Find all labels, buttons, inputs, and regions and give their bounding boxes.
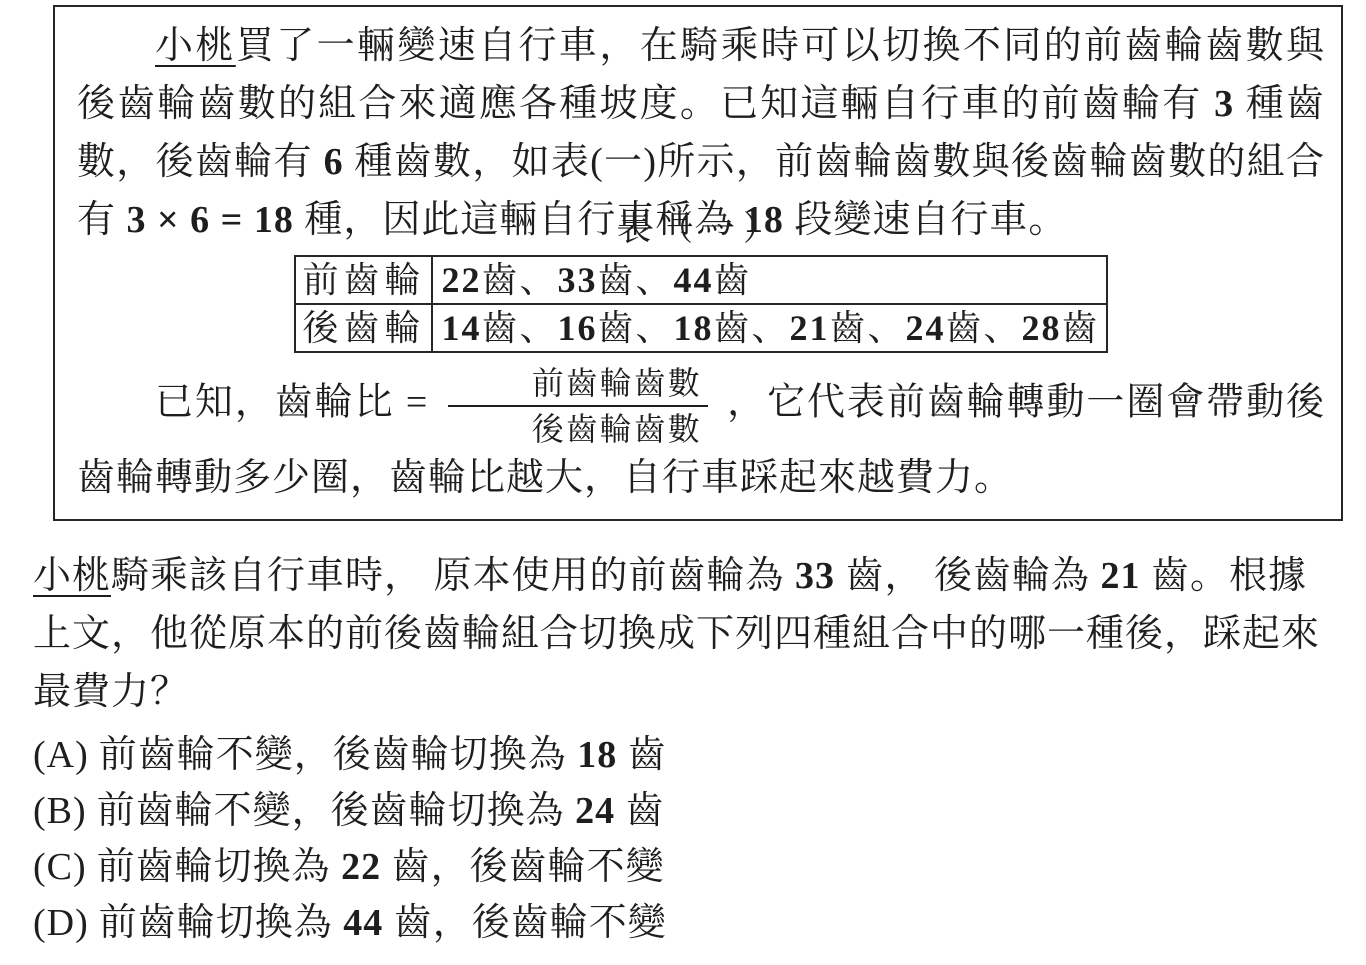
text-run: 齒、 [481,308,557,348]
text-run: 齒、 [481,260,557,300]
text-run: 段變速自行車。 [784,199,1068,241]
text-run: 買了一輛變速自行車，在騎乘時可以切換不同的前齒輪齒數與後齒輪齒數的組合來適應各種… [77,25,1325,125]
option-d: (D)前齒輪切換為 44 齒，後齒輪不變 [33,895,1326,951]
text-run: 44 [673,260,713,300]
proper-noun-underline: 小桃 [155,25,236,67]
options-list: (A)前齒輪不變，後齒輪切換為 18 齒 (B)前齒輪不變，後齒輪切換為 24 … [33,727,1326,951]
option-label: (B) [33,790,87,832]
text-run: 3 × 6 = 18 [127,199,294,241]
text-run: 18 [577,734,617,776]
option-text: 前齒輪不變，後齒輪切換為 18 齒 [99,734,667,776]
text-run: 前齒輪不變，後齒輪切換為 [97,790,576,832]
front-gear-values: 22齒、33齒、44齒 [432,256,1106,304]
row-header-rear-gear: 後齒輪 [295,304,432,352]
text-run: 24 [906,308,946,348]
text-run: 21 [1101,555,1141,597]
text-run: 24 [575,790,615,832]
text-run: 齒、 [713,308,789,348]
gear-table-body: 前齒輪 22齒、33齒、44齒 後齒輪 14齒、16齒、18齒、21齒、24齒、… [295,256,1106,352]
text-run: 齒，後齒輪不變 [381,846,665,888]
text-run: 33 [795,555,835,597]
option-b: (B)前齒輪不變，後齒輪切換為 24 齒 [33,783,1326,839]
text-run: 齒， 後齒輪為 [835,555,1101,597]
text-run: 騎乘該自行車時， 原本使用的前齒輪為 [111,555,795,597]
option-text: 前齒輪不變，後齒輪切換為 24 齒 [97,790,665,832]
text-run: 16 [557,308,597,348]
text-run: 齒、 [597,308,673,348]
text-run: 前齒輪不變，後齒輪切換為 [99,734,578,776]
text-run: 齒 [617,734,667,776]
text-run: 3 [1214,83,1234,125]
option-text: 前齒輪切換為 22 齒，後齒輪不變 [97,846,665,888]
text-run: 6 [324,141,344,183]
option-label: (A) [33,734,89,776]
gear-table: 前齒輪 22齒、33齒、44齒 後齒輪 14齒、16齒、18齒、21齒、24齒、… [294,255,1107,353]
text-run: 齒、 [830,308,906,348]
rear-gear-values: 14齒、16齒、18齒、21齒、24齒、28齒 [432,304,1106,352]
text-run: 前齒輪切換為 [97,846,342,888]
question-stem: 小桃騎乘該自行車時， 原本使用的前齒輪為 33 齒， 後齒輪為 21 齒。根據上… [33,547,1326,721]
text-run: 18 [673,308,713,348]
text-run: 14 [441,308,481,348]
text-run: 21 [790,308,830,348]
passage-box: 小桃買了一輛變速自行車，在騎乘時可以切換不同的前齒輪齒數與後齒輪齒數的組合來適應… [53,5,1343,521]
table-row-front-gear: 前齒輪 22齒、33齒、44齒 [295,256,1106,304]
text-run: 齒、 [946,308,1022,348]
option-label: (C) [33,846,87,888]
text-run: 齒 [615,790,665,832]
text-run: 齒 [713,260,751,300]
text-run: 齒 [1062,308,1100,348]
row-header-front-gear: 前齒輪 [295,256,432,304]
gear-ratio-fraction: 前齒輪齒數後齒輪齒數 [448,363,708,449]
text-run: 齒、 [597,260,673,300]
text-run: 已知，齒輪比 = [155,382,440,424]
text-run: 22 [441,260,481,300]
text-run: 22 [341,846,381,888]
text-run: 前齒輪切換為 [99,902,344,944]
option-c: (C)前齒輪切換為 22 齒，後齒輪不變 [33,839,1326,895]
table-row-rear-gear: 後齒輪 14齒、16齒、18齒、21齒、24齒、28齒 [295,304,1106,352]
text-run: 齒，後齒輪不變 [383,902,667,944]
text-run: 33 [557,260,597,300]
question-section: 小桃騎乘該自行車時， 原本使用的前齒輪為 33 齒， 後齒輪為 21 齒。根據上… [33,547,1326,951]
exam-page: 小桃買了一輛變速自行車，在騎乘時可以切換不同的前齒輪齒數與後齒輪齒數的組合來適應… [0,0,1366,965]
fraction-numerator: 前齒輪齒數 [448,363,708,407]
option-label: (D) [33,902,89,944]
text-run: 28 [1022,308,1062,348]
option-text: 前齒輪切換為 44 齒，後齒輪不變 [99,902,667,944]
option-a: (A)前齒輪不變，後齒輪切換為 18 齒 [33,727,1326,783]
proper-noun-underline: 小桃 [33,555,111,597]
gear-ratio-paragraph: 已知，齒輪比 = 前齒輪齒數後齒輪齒數 ，它代表前齒輪轉動一圈會帶動後齒輪轉動多… [77,363,1325,507]
fraction-denominator: 後齒輪齒數 [448,407,708,449]
text-run: 44 [343,902,383,944]
